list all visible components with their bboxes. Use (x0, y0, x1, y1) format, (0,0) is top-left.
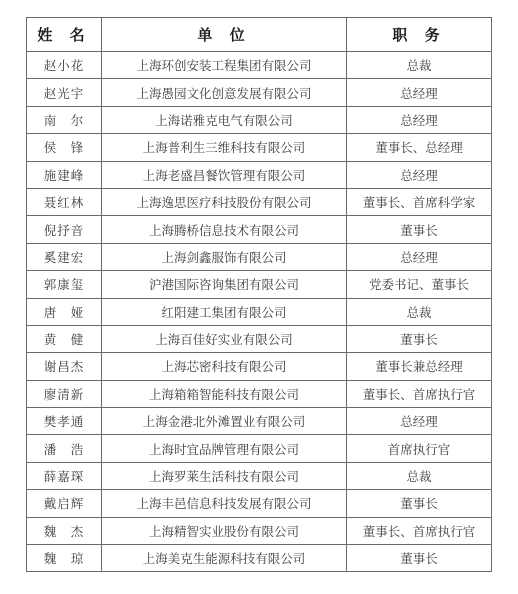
unit-cell: 上海愚园文化创意发展有限公司 (102, 79, 347, 106)
unit-cell: 上海芯密科技有限公司 (102, 353, 347, 380)
name-cell: 倪抒音 (27, 216, 102, 243)
name-cell: 潘 浩 (27, 435, 102, 462)
table-row: 薛嘉琛上海罗莱生活科技有限公司总裁 (27, 462, 492, 489)
role-cell: 董事长、首席执行官 (347, 517, 492, 544)
name-cell: 侯 锋 (27, 134, 102, 161)
unit-cell: 红阳建工集团有限公司 (102, 298, 347, 325)
name-cell: 魏 杰 (27, 517, 102, 544)
unit-cell: 上海诺雅克电气有限公司 (102, 106, 347, 133)
unit-cell: 上海剑鑫服饰有限公司 (102, 243, 347, 270)
table-row: 侯 锋上海普利生三维科技有限公司董事长、总经理 (27, 134, 492, 161)
role-cell: 总裁 (347, 52, 492, 79)
unit-cell: 上海丰邑信息科技发展有限公司 (102, 490, 347, 517)
table-row: 奚建宏上海剑鑫服饰有限公司总经理 (27, 243, 492, 270)
table-row: 唐 娅红阳建工集团有限公司总裁 (27, 298, 492, 325)
role-cell: 总经理 (347, 106, 492, 133)
role-cell: 总经理 (347, 79, 492, 106)
unit-cell: 上海腾桥信息技术有限公司 (102, 216, 347, 243)
name-cell: 南 尔 (27, 106, 102, 133)
table-row: 谢昌杰上海芯密科技有限公司董事长兼总经理 (27, 353, 492, 380)
role-cell: 党委书记、董事长 (347, 271, 492, 298)
role-cell: 总裁 (347, 298, 492, 325)
name-cell: 赵小花 (27, 52, 102, 79)
unit-cell: 上海逸思医疗科技股份有限公司 (102, 188, 347, 215)
name-cell: 魏 琼 (27, 545, 102, 572)
name-cell: 聂红林 (27, 188, 102, 215)
unit-cell: 上海箱箱智能科技有限公司 (102, 380, 347, 407)
role-cell: 董事长 (347, 490, 492, 517)
table-row: 廖清新上海箱箱智能科技有限公司董事长、首席执行官 (27, 380, 492, 407)
unit-cell: 上海美克生能源科技有限公司 (102, 545, 347, 572)
table-row: 倪抒音上海腾桥信息技术有限公司董事长 (27, 216, 492, 243)
name-cell: 唐 娅 (27, 298, 102, 325)
header-name: 姓 名 (27, 18, 102, 52)
table-header-row: 姓 名 单 位 职 务 (27, 18, 492, 52)
table-row: 潘 浩上海时宜品牌管理有限公司首席执行官 (27, 435, 492, 462)
role-cell: 总经理 (347, 243, 492, 270)
role-cell: 董事长、首席科学家 (347, 188, 492, 215)
name-cell: 奚建宏 (27, 243, 102, 270)
header-role: 职 务 (347, 18, 492, 52)
table-body: 赵小花上海环创安装工程集团有限公司总裁赵光宇上海愚园文化创意发展有限公司总经理南… (27, 52, 492, 572)
unit-cell: 上海环创安装工程集团有限公司 (102, 52, 347, 79)
header-unit: 单 位 (102, 18, 347, 52)
role-cell: 董事长、首席执行官 (347, 380, 492, 407)
unit-cell: 沪港国际咨询集团有限公司 (102, 271, 347, 298)
role-cell: 董事长 (347, 545, 492, 572)
unit-cell: 上海百佳好实业有限公司 (102, 325, 347, 352)
table-row: 魏 琼上海美克生能源科技有限公司董事长 (27, 545, 492, 572)
name-cell: 廖清新 (27, 380, 102, 407)
role-cell: 首席执行官 (347, 435, 492, 462)
table-row: 聂红林上海逸思医疗科技股份有限公司董事长、首席科学家 (27, 188, 492, 215)
table-row: 戴启辉上海丰邑信息科技发展有限公司董事长 (27, 490, 492, 517)
name-cell: 郭康玺 (27, 271, 102, 298)
role-cell: 总经理 (347, 408, 492, 435)
name-cell: 戴启辉 (27, 490, 102, 517)
table-row: 赵小花上海环创安装工程集团有限公司总裁 (27, 52, 492, 79)
name-cell: 黄 健 (27, 325, 102, 352)
name-cell: 樊孝通 (27, 408, 102, 435)
table-row: 施建峰上海老盛昌餐饮管理有限公司总经理 (27, 161, 492, 188)
unit-cell: 上海普利生三维科技有限公司 (102, 134, 347, 161)
table-row: 郭康玺沪港国际咨询集团有限公司党委书记、董事长 (27, 271, 492, 298)
role-cell: 总经理 (347, 161, 492, 188)
personnel-table: 姓 名 单 位 职 务 赵小花上海环创安装工程集团有限公司总裁赵光宇上海愚园文化… (26, 17, 492, 572)
table-row: 赵光宇上海愚园文化创意发展有限公司总经理 (27, 79, 492, 106)
name-cell: 赵光宇 (27, 79, 102, 106)
role-cell: 董事长、总经理 (347, 134, 492, 161)
personnel-table-container: 姓 名 单 位 职 务 赵小花上海环创安装工程集团有限公司总裁赵光宇上海愚园文化… (26, 17, 491, 572)
role-cell: 董事长 (347, 216, 492, 243)
role-cell: 董事长兼总经理 (347, 353, 492, 380)
role-cell: 董事长 (347, 325, 492, 352)
unit-cell: 上海精智实业股份有限公司 (102, 517, 347, 544)
name-cell: 薛嘉琛 (27, 462, 102, 489)
table-row: 黄 健上海百佳好实业有限公司董事长 (27, 325, 492, 352)
unit-cell: 上海时宜品牌管理有限公司 (102, 435, 347, 462)
unit-cell: 上海金港北外滩置业有限公司 (102, 408, 347, 435)
role-cell: 总裁 (347, 462, 492, 489)
table-row: 樊孝通上海金港北外滩置业有限公司总经理 (27, 408, 492, 435)
unit-cell: 上海罗莱生活科技有限公司 (102, 462, 347, 489)
table-row: 魏 杰上海精智实业股份有限公司董事长、首席执行官 (27, 517, 492, 544)
unit-cell: 上海老盛昌餐饮管理有限公司 (102, 161, 347, 188)
table-row: 南 尔上海诺雅克电气有限公司总经理 (27, 106, 492, 133)
name-cell: 施建峰 (27, 161, 102, 188)
name-cell: 谢昌杰 (27, 353, 102, 380)
